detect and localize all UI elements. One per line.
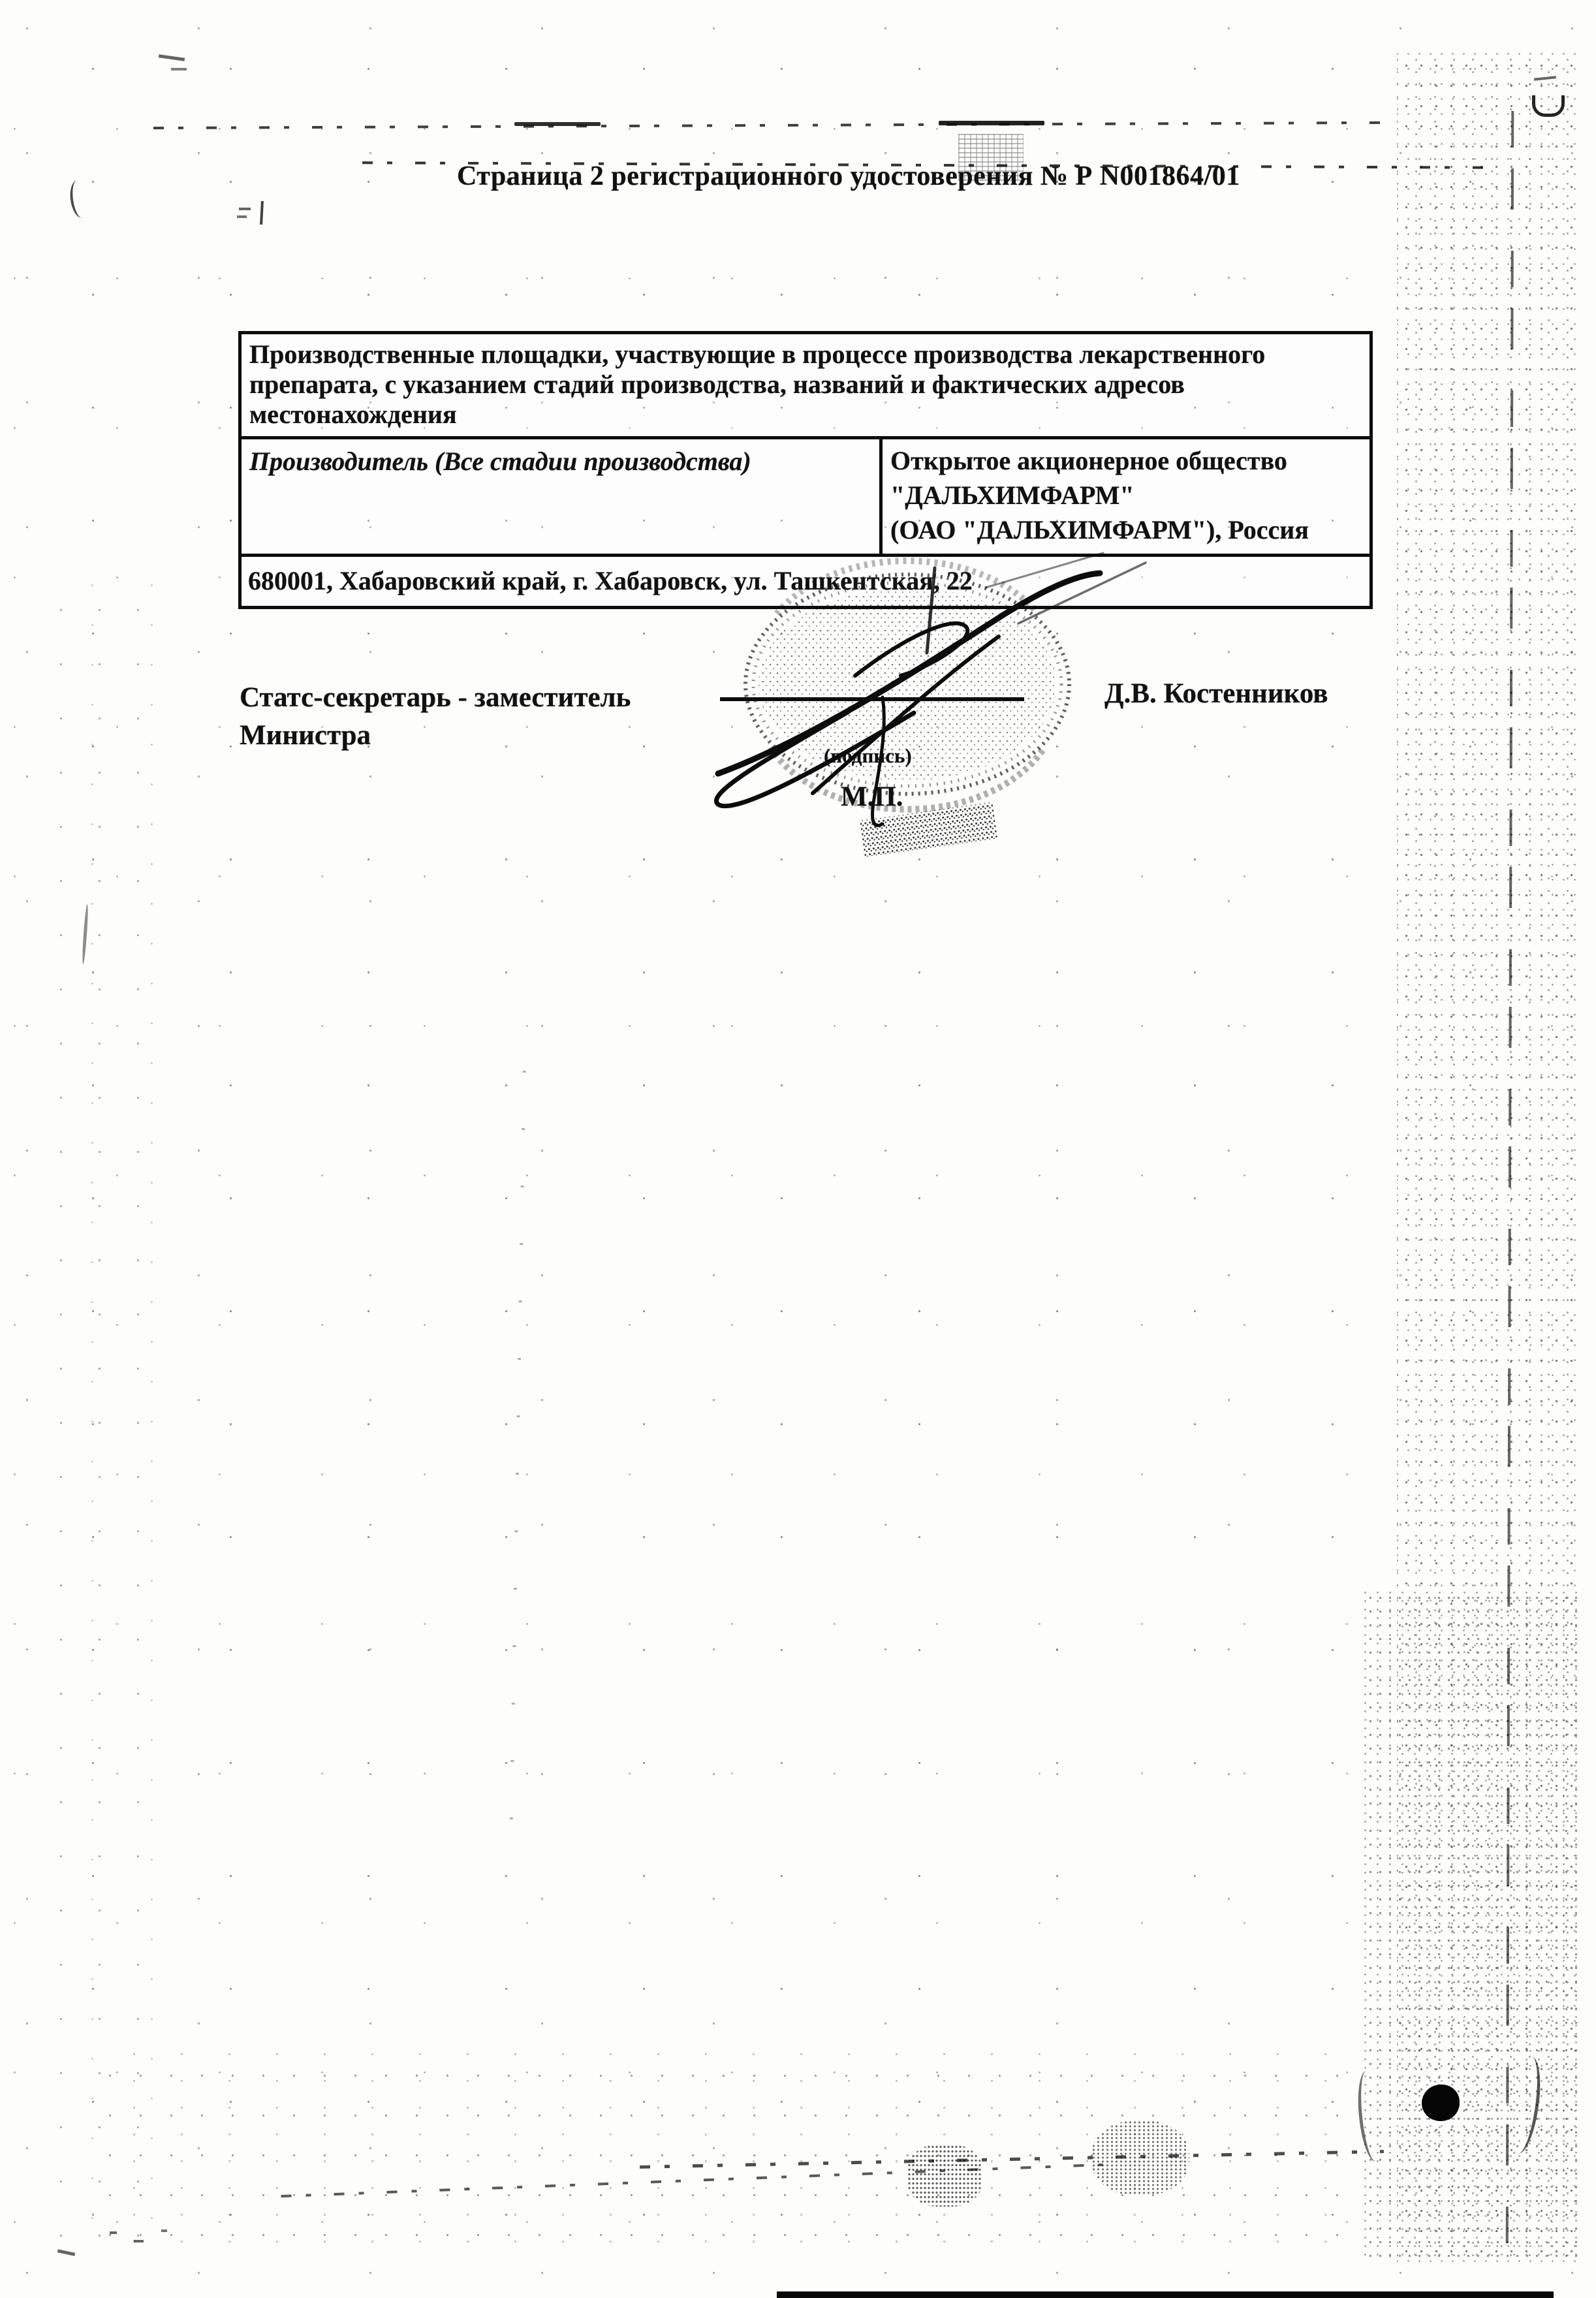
scan-mark (159, 54, 185, 61)
scan-arc-mark (68, 179, 91, 219)
scan-mark (171, 68, 187, 71)
signatory-position-line: Министра (240, 717, 631, 755)
scan-mark (57, 2249, 75, 2256)
table-header-line: местонахождения (249, 400, 1363, 430)
scan-mark (237, 215, 247, 218)
scan-mark (134, 2240, 144, 2243)
scan-mark (939, 121, 1044, 125)
signatory-position: Статс-секретарь - заместитель Министра (240, 679, 631, 755)
official-stamp (646, 552, 1188, 858)
hole-punch-dot (1422, 2085, 1460, 2121)
producer-value-line: (ОАО "ДАЛЬХИМФАРМ"), Россия (890, 512, 1364, 547)
scan-bottom-bar (777, 2291, 1554, 2298)
producer-value-line: Открытое акционерное общество (890, 443, 1364, 478)
scan-mark (260, 201, 264, 225)
page-title: Страница 2 регистрационного удостоверени… (457, 161, 1240, 192)
scan-noise-right-lower (1364, 1586, 1580, 2259)
table-header-line: Производственные площадки, участвующие в… (249, 339, 1363, 370)
scan-mark (514, 122, 601, 126)
table-header-line: препарата, с указанием стадий производст… (249, 370, 1363, 400)
scan-smudge (907, 2145, 982, 2207)
producer-label-cell: Производитель (Все стадии производства) (242, 439, 883, 554)
scan-noise-left-band (36, 574, 173, 2246)
producer-row: Производитель (Все стадии производства) … (242, 436, 1369, 554)
scan-mark (161, 2229, 167, 2232)
scan-fold-line-top-1 (153, 121, 1384, 129)
producer-value-cell: Открытое акционерное общество "ДАЛЬХИМФА… (883, 439, 1369, 554)
producer-value-line: "ДАЛЬХИМФАРМ" (890, 478, 1364, 512)
table-header-cell: Производственные площадки, участвующие в… (242, 334, 1369, 436)
scan-smudge (1091, 2120, 1189, 2196)
scan-mark (239, 208, 251, 210)
signatory-position-line: Статс-секретарь - заместитель (240, 679, 631, 717)
scanned-document-page: Страница 2 регистрационного удостоверени… (0, 0, 1596, 2298)
scan-mark (110, 2231, 117, 2234)
scan-corner-mark (1532, 95, 1565, 117)
scan-noise-middle-trail (509, 1071, 525, 1874)
